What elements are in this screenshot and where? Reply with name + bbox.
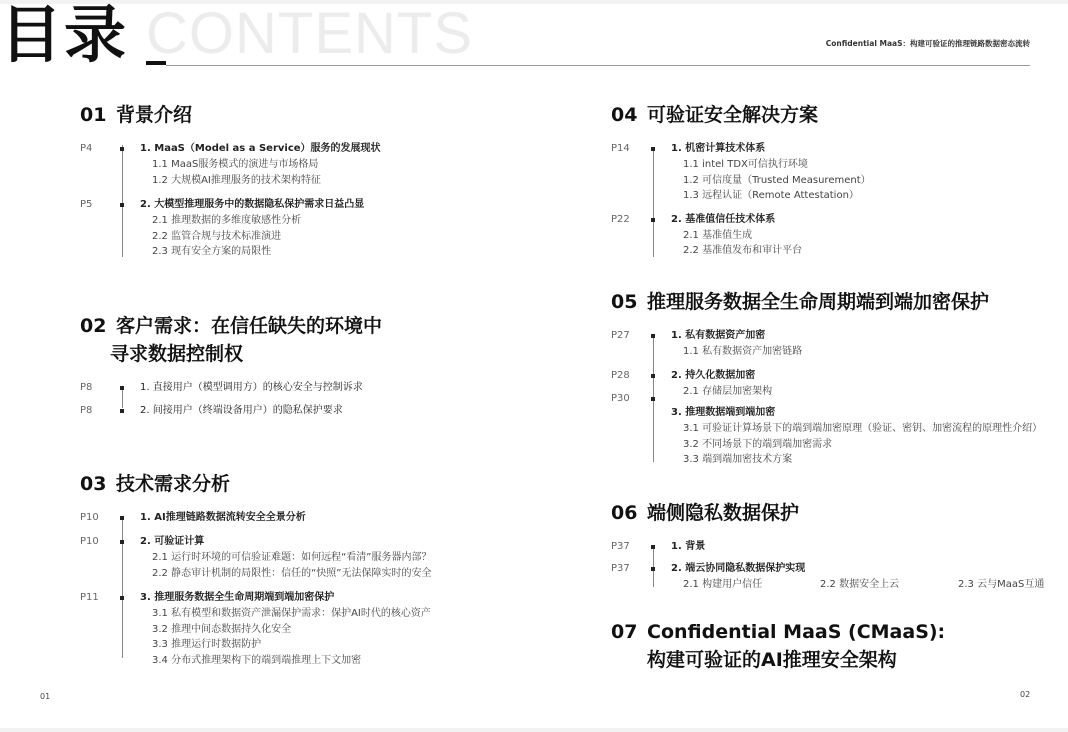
section-number: 05 (611, 288, 647, 316)
entry-label: 2. 间接用户（终端设备用户）的隐私保护要求 (140, 403, 382, 419)
entry-subitem[interactable]: 2.2 静态审计机制的局限性：信任的“快照”无法保障实时的安全 (152, 566, 431, 582)
entry-subitem[interactable]: 2.3 云与MaaS互通 (958, 577, 1044, 593)
entry-label: 1. MaaS（Model as a Service）服务的发展现状 (140, 141, 381, 157)
entry-page-number: P37 (611, 539, 630, 555)
entry-subitem[interactable]: 3.4 分布式推理架构下的端到端推理上下文加密 (152, 653, 431, 669)
timeline-dot (651, 218, 655, 222)
entry-label: 2. 可验证计算 (140, 534, 431, 550)
toc-entry[interactable]: P27 1. 私有数据资产加密 1.1 私有数据资产加密链路 (611, 328, 1042, 360)
section-title-line: 客户需求：在信任缺失的环境中 (116, 312, 382, 340)
section-title-line: 构建可验证的AI推理安全架构 (647, 646, 945, 674)
entry-label: 2. 基准值信任技术体系 (671, 212, 871, 228)
entry-subitem[interactable]: 2.3 现有安全方案的局限性 (152, 244, 381, 260)
toc-entry[interactable]: P28 2. 持久化数据加密 2.1 存储层加密架构 (611, 368, 1042, 400)
timeline-dot (651, 567, 655, 571)
entry-label: 1. AI推理链路数据流转安全全景分析 (140, 510, 431, 526)
entry-subitem[interactable]: 3.3 推理运行时数据防护 (152, 637, 431, 653)
title-en-watermark: CONTENTS (146, 4, 473, 64)
timeline-dot (120, 409, 124, 413)
entry-subitem[interactable]: 3.3 端到端加密技术方案 (683, 452, 1042, 468)
entry-subitem[interactable]: 2.1 运行时环境的可信验证难题：如何远程“看清”服务器内部？ (152, 550, 431, 566)
toc-entry[interactable]: P8 1. 直接用户（模型调用方）的核心安全与控制诉求 (80, 380, 382, 396)
entry-label: 2. 持久化数据加密 (671, 368, 1042, 384)
timeline-dot (651, 334, 655, 338)
toc-entry[interactable]: P22 2. 基准值信任技术体系 2.1 基准值生成 2.2 基准值发布和审计平… (611, 212, 871, 259)
entry-page-number: P8 (80, 403, 92, 419)
section-title[interactable]: 02 客户需求：在信任缺失的环境中 寻求数据控制权 (80, 312, 382, 368)
section-07: 07 Confidential MaaS (CMaaS): 构建可验证的AI推理… (611, 618, 945, 674)
timeline-dot (120, 386, 124, 390)
entry-subitem[interactable]: 1.3 远程认证（Remote Attestation） (683, 188, 871, 204)
toc-entry[interactable]: P8 2. 间接用户（终端设备用户）的隐私保护要求 (80, 403, 382, 419)
entry-subitem[interactable]: 1.2 大规模AI推理服务的技术架构特征 (152, 173, 381, 189)
section-04: 04 可验证安全解决方案 P14 1. 机密计算技术体系 1.1 intel T… (611, 101, 871, 259)
timeline-dot (120, 147, 124, 151)
entry-subitem[interactable]: 1.1 私有数据资产加密链路 (683, 344, 1042, 360)
entry-subitem[interactable]: 2.2 基准值发布和审计平台 (683, 243, 871, 259)
entry-label: 1. 直接用户（模型调用方）的核心安全与控制诉求 (140, 380, 382, 396)
entry-label: 2. 大模型推理服务中的数据隐私保护需求日益凸显 (140, 197, 381, 213)
timeline-dot (120, 540, 124, 544)
section-number: 01 (80, 101, 116, 129)
entry-subitem[interactable]: 3.1 可验证计算场景下的端到端加密原理（验证、密钥、加密流程的原理性介绍） (683, 421, 1042, 437)
entry-page-number: P8 (80, 380, 92, 396)
entry-label: 1. 背景 (671, 539, 1044, 555)
section-06: 06 端侧隐私数据保护 P37 1. 背景 P37 2. 端云协同隐私数据保护实… (611, 499, 1044, 593)
section-title-line: 寻求数据控制权 (110, 340, 382, 368)
entry-page-number: P10 (80, 510, 99, 526)
section-title-line: Confidential MaaS (CMaaS): (647, 618, 945, 646)
toc-entry[interactable]: P37 2. 端云协同隐私数据保护实现 2.1 构建用户信任 2.2 数据安全上… (611, 561, 1044, 593)
entry-subitem[interactable]: 3.1 私有模型和数据资产泄漏保护需求：保护AI时代的核心资产 (152, 606, 431, 622)
entry-subitem[interactable]: 3.2 推理中间态数据持久化安全 (152, 622, 431, 638)
timeline-dot (120, 516, 124, 520)
timeline-dot (651, 545, 655, 549)
section-05: 05 推理服务数据全生命周期端到端加密保护 P27 1. 私有数据资产加密 1.… (611, 288, 1042, 468)
toc-entry[interactable]: P37 1. 背景 (611, 539, 1044, 555)
section-02: 02 客户需求：在信任缺失的环境中 寻求数据控制权 P8 1. 直接用户（模型调… (80, 312, 382, 419)
entry-page-number: P22 (611, 212, 630, 228)
section-title[interactable]: 06 端侧隐私数据保护 (611, 499, 1044, 527)
entry-label: 3. 推理服务数据全生命周期端到端加密保护 (140, 590, 431, 606)
section-title[interactable]: 01 背景介绍 (80, 101, 381, 129)
page-number-right: 02 (1020, 690, 1030, 699)
toc-entry[interactable]: P5 2. 大模型推理服务中的数据隐私保护需求日益凸显 2.1 推理数据的多维度… (80, 197, 381, 260)
entry-label: 1. 机密计算技术体系 (671, 141, 871, 157)
entry-subitem[interactable]: 3.2 不同场景下的端到端加密需求 (683, 437, 1042, 453)
entry-page-number: P27 (611, 328, 630, 344)
section-number: 04 (611, 101, 647, 129)
entry-subitem[interactable]: 2.1 存储层加密架构 (683, 384, 1042, 400)
toc-entry[interactable]: P11 3. 推理服务数据全生命周期端到端加密保护 3.1 私有模型和数据资产泄… (80, 590, 431, 668)
entry-page-number: P30 (611, 391, 630, 407)
section-title-text: 技术需求分析 (116, 470, 230, 498)
section-number: 07 (611, 618, 647, 674)
toc-entry[interactable]: P10 1. AI推理链路数据流转安全全景分析 (80, 510, 431, 526)
section-title[interactable]: 07 Confidential MaaS (CMaaS): 构建可验证的AI推理… (611, 618, 945, 674)
entry-page-number: P4 (80, 141, 92, 157)
header-subtitle: Confidential MaaS：构建可验证的推理链路数据密态流转 (826, 38, 1030, 49)
entry-page-number: P11 (80, 590, 99, 606)
header-divider (166, 65, 1030, 66)
entry-page-number: P28 (611, 368, 630, 384)
page-number-left: 01 (40, 692, 50, 701)
section-title[interactable]: 03 技术需求分析 (80, 470, 431, 498)
title-underscore-decoration (146, 61, 166, 65)
section-title[interactable]: 04 可验证安全解决方案 (611, 101, 871, 129)
timeline-dot (120, 596, 124, 600)
entry-label: 2. 端云协同隐私数据保护实现 (671, 561, 1044, 577)
entry-page-number: P14 (611, 141, 630, 157)
entry-subitem-row: 2.1 构建用户信任 2.2 数据安全上云 2.3 云与MaaS互通 (683, 577, 1044, 593)
section-number: 06 (611, 499, 647, 527)
section-title[interactable]: 05 推理服务数据全生命周期端到端加密保护 (611, 288, 1042, 316)
entry-label: 1. 私有数据资产加密 (671, 328, 1042, 344)
entry-page-number: P37 (611, 561, 630, 577)
section-title-text: 背景介绍 (116, 101, 192, 129)
timeline-dot (651, 147, 655, 151)
entry-page-number: P5 (80, 197, 92, 213)
section-number: 03 (80, 470, 116, 498)
entry-label: 3. 推理数据端到端加密 (671, 405, 1042, 421)
toc-entry[interactable]: P10 2. 可验证计算 2.1 运行时环境的可信验证难题：如何远程“看清”服务… (80, 534, 431, 581)
section-title-text: 可验证安全解决方案 (647, 101, 818, 129)
toc-entry[interactable]: P14 1. 机密计算技术体系 1.1 intel TDX可信执行环境 1.2 … (611, 141, 871, 204)
section-01: 01 背景介绍 P4 1. MaaS（Model as a Service）服务… (80, 101, 381, 260)
entry-subitem[interactable]: 1.1 MaaS服务模式的演进与市场格局 (152, 157, 381, 173)
entry-subitem[interactable]: 2.1 构建用户信任 (683, 577, 820, 593)
toc-page: CONTENTS 目录 Confidential MaaS：构建可验证的推理链路… (0, 4, 1068, 728)
timeline-dot (651, 374, 655, 378)
toc-entry[interactable]: P4 1. MaaS（Model as a Service）服务的发展现状 1.… (80, 141, 381, 188)
entry-subitem[interactable]: 1.2 可信度量（Trusted Measurement） (683, 173, 871, 189)
entry-subitem[interactable]: 2.2 监管合规与技术标准演进 (152, 229, 381, 245)
section-title-text: 端侧隐私数据保护 (647, 499, 799, 527)
section-03: 03 技术需求分析 P10 1. AI推理链路数据流转安全全景分析 P10 2.… (80, 470, 431, 668)
timeline-dot (651, 397, 655, 401)
entry-page-number: P10 (80, 534, 99, 550)
entry-subitem[interactable]: 2.2 数据安全上云 (820, 577, 958, 593)
entry-subitem[interactable]: 2.1 推理数据的多维度敏感性分析 (152, 213, 381, 229)
entry-subitem[interactable]: 1.1 intel TDX可信执行环境 (683, 157, 871, 173)
entry-subitem[interactable]: 2.1 基准值生成 (683, 228, 871, 244)
timeline-dot (120, 203, 124, 207)
toc-entry[interactable]: P30 3. 推理数据端到端加密 3.1 可验证计算场景下的端到端加密原理（验证… (611, 405, 1042, 468)
page-title: 目录 (0, 0, 128, 70)
section-title-text: 推理服务数据全生命周期端到端加密保护 (647, 288, 989, 316)
